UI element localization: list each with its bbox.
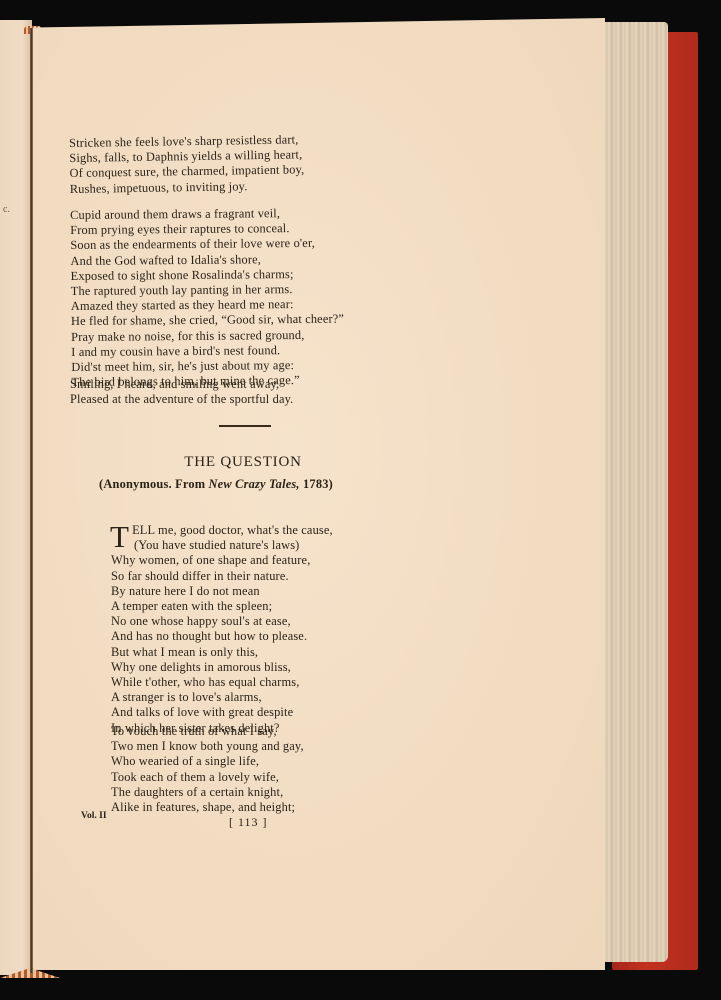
volume-signature: Vol. II: [81, 811, 107, 821]
verse-line: Smiling, I heard, and smiling went away,: [70, 377, 293, 392]
verse-line: By nature here I do not mean: [111, 584, 312, 599]
page-block-edge: [596, 22, 668, 962]
stanza: Smiling, I heard, and smiling went away,…: [70, 377, 293, 407]
verse-line: Why one delights in amorous bliss,: [111, 660, 312, 675]
left-page: c.: [0, 20, 32, 975]
verse-line: A stranger is to love's alarms,: [111, 690, 312, 705]
drop-cap: T: [110, 523, 129, 550]
verse-line: Who wearied of a single life,: [111, 754, 304, 769]
verse-line: So far should differ in their nature.: [111, 569, 312, 584]
page-number: [ 113 ]: [229, 815, 268, 830]
verse-line: Took each of them a lovely wife,: [111, 770, 304, 785]
poem-title: THE QUESTION: [33, 454, 453, 471]
verse-line: While t'other, who has equal charms,: [111, 675, 312, 690]
verse-line: (You have studied nature's laws): [111, 538, 312, 553]
verse-line: A temper eaten with the spleen;: [111, 599, 312, 614]
stanza: Stricken she feels love's sharp resistle…: [69, 132, 305, 196]
verse-line: And has no thought but how to please.: [111, 629, 312, 644]
verse-line: Rushes, impetuous, to inviting joy.: [70, 178, 305, 197]
right-page: Stricken she feels love's sharp resistle…: [33, 18, 605, 970]
attribution-suffix: 1783): [300, 477, 333, 491]
poem-stanza: To vouch the truth of what I say, Two me…: [111, 724, 304, 815]
verse-line: Soon as the endearments of their love we…: [70, 236, 343, 254]
attribution-prefix: (Anonymous. From: [99, 477, 209, 491]
stanza: Cupid around them draws a fragrant veil,…: [70, 206, 345, 391]
verse-line: But what I mean is only this,: [111, 645, 312, 660]
verse-line: ELL me, good doctor, what's the cause,: [111, 523, 312, 538]
left-page-marginal-text: c.: [3, 204, 10, 215]
verse-line: No one whose happy soul's at ease,: [111, 614, 312, 629]
verse-line: Two men I know both young and gay,: [111, 739, 304, 754]
verse-line: To vouch the truth of what I say,: [111, 724, 304, 739]
attribution-source: New Crazy Tales,: [209, 477, 300, 491]
poem-attribution: (Anonymous. From New Crazy Tales, 1783): [99, 477, 333, 492]
verse-line: Why women, of one shape and feature,: [111, 553, 312, 568]
poem-stanza: T ELL me, good doctor, what's the cause,…: [111, 523, 312, 736]
book-gutter: [30, 28, 33, 973]
verse-line: The daughters of a certain knight,: [111, 785, 304, 800]
section-divider-rule: [219, 425, 271, 427]
verse-line: Alike in features, shape, and height;: [111, 800, 304, 815]
verse-line: Pleased at the adventure of the sportful…: [70, 392, 293, 407]
verse-line: Pray make no noise, for this is sacred g…: [71, 327, 344, 345]
verse-line: And talks of love with great despite: [111, 705, 312, 720]
